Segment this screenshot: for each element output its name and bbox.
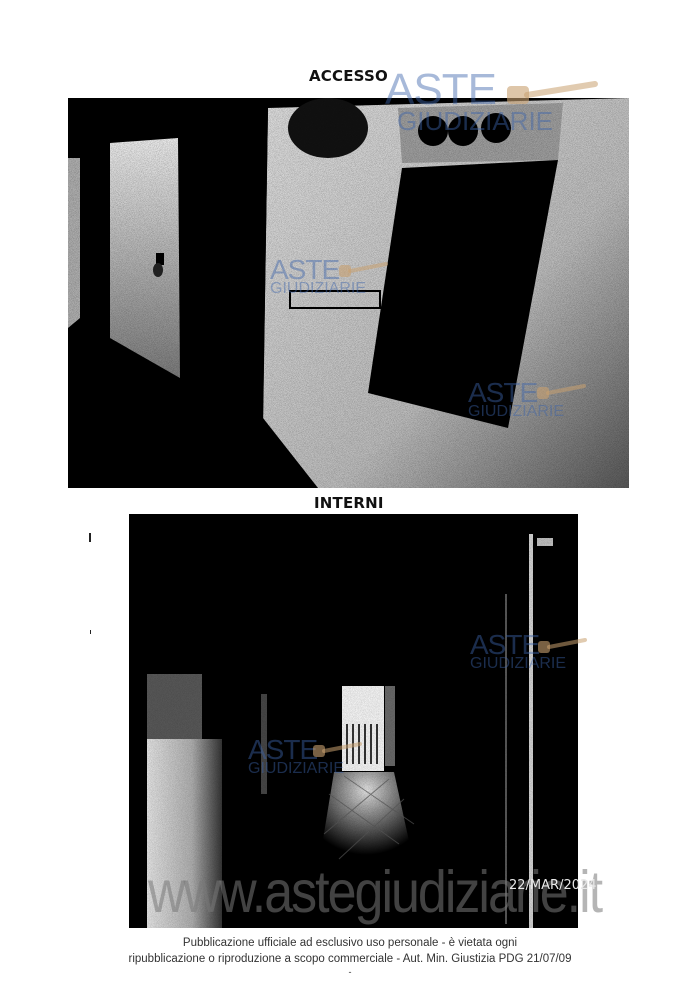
photo-accesso — [68, 98, 629, 488]
gavel-icon — [505, 78, 600, 118]
gavel-icon — [312, 740, 362, 765]
gavel-icon — [537, 636, 587, 661]
photo-accesso-image — [68, 98, 629, 488]
footer-line-2: ripubblicazione o riproduzione a scopo c… — [0, 951, 700, 967]
footer-line-3: - — [0, 967, 700, 977]
footer-legal-notice: Pubblicazione ufficiale ad esclusivo uso… — [0, 935, 700, 977]
scan-mark — [89, 533, 91, 542]
section-heading-interni: INTERNI — [314, 494, 384, 512]
gavel-icon — [338, 260, 388, 285]
footer-line-1: Pubblicazione ufficiale ad esclusivo uso… — [0, 935, 700, 951]
scan-mark — [90, 630, 91, 634]
photo-date-stamp: 22/MAR/2024 — [509, 878, 597, 893]
section-heading-accesso: ACCESSO — [309, 67, 388, 85]
gavel-icon — [536, 382, 586, 407]
